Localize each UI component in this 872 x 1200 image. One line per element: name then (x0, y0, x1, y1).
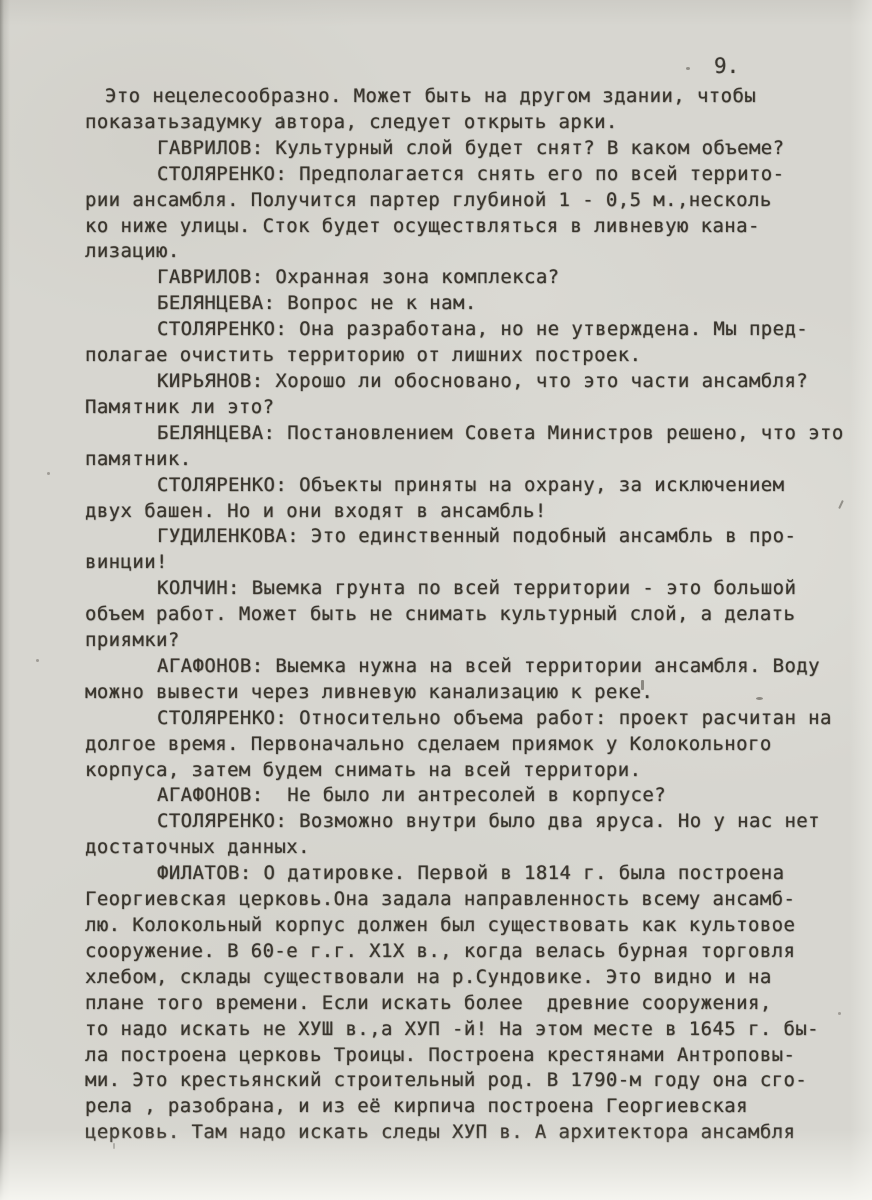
text-line: плане того времени. Если искать более др… (85, 991, 855, 1017)
text-line: ла построена церковь Троицы. Построена к… (85, 1043, 855, 1069)
text-line: винции! (85, 550, 855, 576)
text-line: СТОЛЯРЕНКО: Возможно внутри было два яру… (85, 809, 855, 835)
text-line: БЕЛЯНЦЕВА: Вопрос не к нам. (85, 291, 855, 317)
scan-speck (113, 1143, 115, 1149)
text-line: рии ансамбля. Получится партер глубиной … (85, 188, 855, 214)
text-line: можно вывести через ливневую канализацию… (85, 680, 855, 706)
scan-speck (838, 1012, 841, 1015)
text-line: АГАФОНОВ: Не было ли антресолей в корпус… (85, 783, 855, 809)
text-line: двух башен. Но и они входят в ансамбль! (85, 499, 855, 525)
text-line: ГАВРИЛОВ: Охранная зона комплекса? (85, 265, 855, 291)
text-line: приямки? (85, 628, 855, 654)
text-line: ко ниже улицы. Сток будет осуществляться… (85, 214, 855, 240)
scan-speck (686, 67, 690, 70)
text-line: корпуса, затем будем снимать на всей тер… (85, 758, 855, 784)
text-line: полагае очистить территорию от лишних по… (85, 343, 855, 369)
text-line: АГАФОНОВ: Выемка нужна на всей территори… (85, 654, 855, 680)
text-line: ГУДИЛЕНКОВА: Это единственный подобный а… (85, 524, 855, 550)
text-line: хлебом, склады существовали на р.Сундови… (85, 965, 855, 991)
scanned-page: 9. Это нецелесообразно. Может быть на др… (0, 0, 872, 1200)
page-number: 9. (714, 54, 739, 78)
text-line: СТОЛЯРЕНКО: Относительно объема работ: п… (85, 706, 855, 732)
text-line: показатьзадумку автора, следует открыть … (85, 110, 855, 136)
scan-speck (36, 659, 39, 662)
text-line: долгое время. Первоначально сделаем прия… (85, 732, 855, 758)
text-line: сооружение. В 60-е г.г. Х1Х в., когда ве… (85, 939, 855, 965)
text-line: то надо искать не ХУШ в.,а ХУП -й! На эт… (85, 1017, 855, 1043)
text-line: Это нецелесообразно. Может быть на друго… (85, 84, 855, 110)
text-line: СТОЛЯРЕНКО: Она разработана, но не утвер… (85, 317, 855, 343)
scan-speck (641, 680, 644, 690)
scan-speck (47, 472, 50, 475)
text-line: достаточных данных. (85, 835, 855, 861)
text-line: лю. Колокольный корпус должен был сущест… (85, 913, 855, 939)
text-line: рела , разобрана, и из её кирпича постро… (85, 1094, 855, 1120)
text-line: КОЛЧИН: Выемка грунта по всей территории… (85, 576, 855, 602)
text-line: Памятник ли это? (85, 395, 855, 421)
scan-speck (281, 116, 283, 126)
text-line: ФИЛАТОВ: О датировке. Первой в 1814 г. б… (85, 861, 855, 887)
scan-speck (756, 697, 763, 700)
text-line: объем работ. Может быть не снимать культ… (85, 602, 855, 628)
page-body-text: Это нецелесообразно. Может быть на друго… (85, 84, 855, 1146)
text-line: БЕЛЯНЦЕВА: Постановлением Совета Министр… (85, 421, 855, 447)
text-line: СТОЛЯРЕНКО: Предполагается снять его по … (85, 162, 855, 188)
text-line: СТОЛЯРЕНКО: Объекты приняты на охрану, з… (85, 473, 855, 499)
text-line: Георгиевская церковь.Она задала направле… (85, 887, 855, 913)
text-line: ГАВРИЛОВ: Культурный слой будет снят? В … (85, 136, 855, 162)
text-line: лизацию. (85, 239, 855, 265)
text-line: КИРЬЯНОВ: Хорошо ли обосновано, что это … (85, 369, 855, 395)
text-line: церковь. Там надо искать следы ХУП в. А … (85, 1120, 855, 1146)
text-line: памятник. (85, 447, 855, 473)
text-line: ми. Это крестьянский строительный род. В… (85, 1068, 855, 1094)
